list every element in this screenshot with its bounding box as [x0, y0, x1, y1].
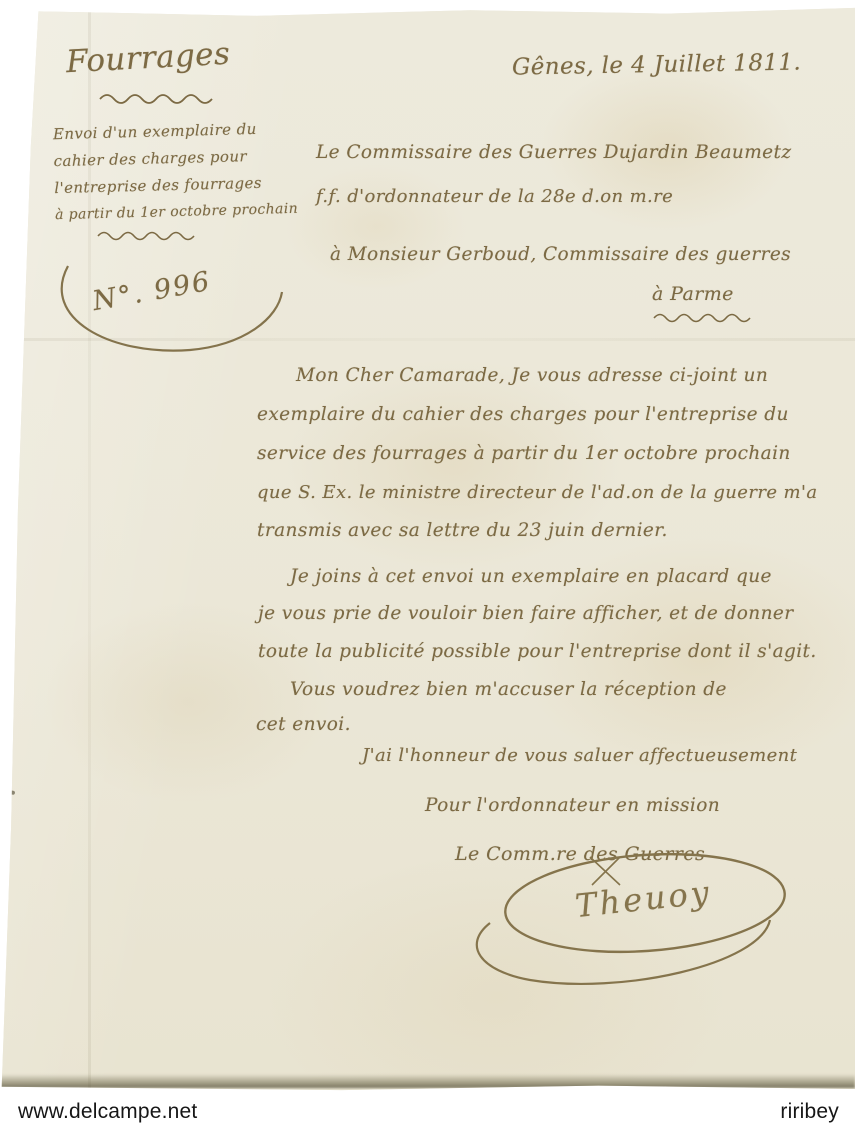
recipient-line: à Monsieur Gerboud, Commissaire des guer…: [330, 244, 791, 265]
closing-line: Pour l'ordonnateur en mission: [425, 795, 720, 816]
letter-scan: Fourrages Envoi d'un exemplaire du cahie…: [0, 0, 855, 1132]
paper-torn-bottom-edge: [0, 1074, 855, 1088]
margin-note-line: à partir du 1er octobre prochain: [55, 196, 299, 229]
flourish-underline: [652, 310, 762, 324]
body-line: je vous prie de vouloir bien faire affic…: [258, 603, 794, 624]
ink-bleed-mark: [0, 767, 10, 774]
body-line: que S. Ex. le ministre directeur de l'ad…: [257, 482, 817, 503]
closing-line: J'ai l'honneur de vous saluer affectueus…: [362, 745, 797, 766]
dateline: Gênes, le 4 Juillet 1811.: [512, 49, 802, 80]
margin-note-heading: Fourrages: [65, 36, 231, 81]
body-line: toute la publicité possible pour l'entre…: [258, 641, 817, 662]
watermark-seller: riribey: [780, 1100, 839, 1124]
body-line: service des fourrages à partir du 1er oc…: [257, 443, 791, 464]
recipient-line: Le Commissaire des Guerres Dujardin Beau…: [316, 142, 792, 163]
ink-bleed-mark: [0, 818, 8, 822]
flourish-underline: [96, 228, 206, 242]
ink-bleed-mark: [1, 789, 15, 795]
recipient-line: f.f. d'ordonnateur de la 28e d.on m.re: [316, 186, 673, 207]
watermark-delcampe: www.delcampe.net: [18, 1100, 197, 1124]
signature-flourish: [470, 845, 790, 995]
body-line: Vous voudrez bien m'accuser la réception…: [290, 679, 727, 700]
reference-flourish: [50, 258, 290, 358]
body-line: transmis avec sa lettre du 23 juin derni…: [257, 520, 668, 541]
body-line: Je joins à cet envoi un exemplaire en pl…: [290, 566, 772, 587]
body-line: exemplaire du cahier des charges pour l'…: [257, 404, 789, 425]
body-line: Mon Cher Camarade, Je vous adresse ci-jo…: [296, 365, 768, 386]
recipient-line: à Parme: [652, 283, 734, 305]
body-line: cet envoi.: [256, 714, 351, 735]
flourish-underline: [98, 90, 226, 106]
